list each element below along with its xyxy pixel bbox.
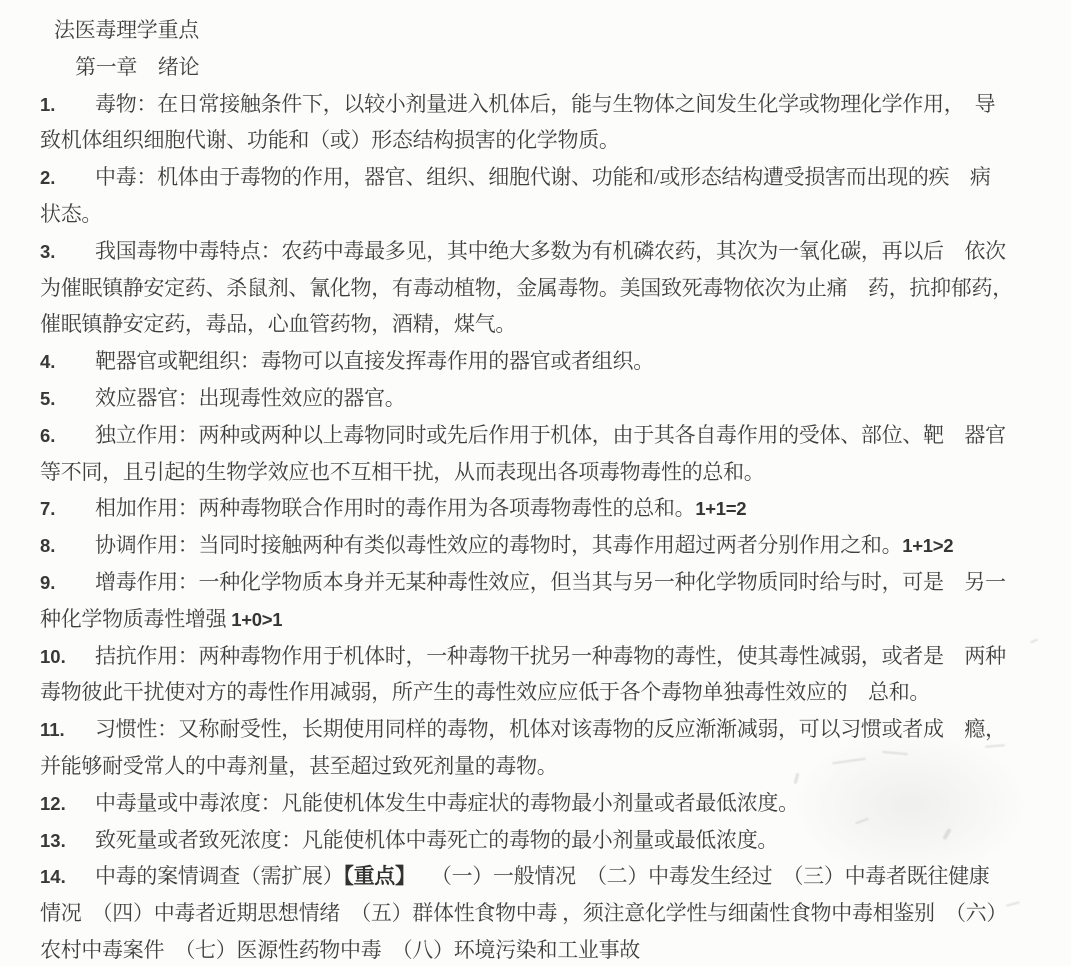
item-number: 11. bbox=[40, 712, 95, 749]
item-text: 并能够耐受常人的中毒剂量，甚至超过致死剂量的毒物。 bbox=[40, 754, 558, 778]
formula-text: 1+1=2 bbox=[695, 498, 746, 519]
item-number: 5. bbox=[40, 381, 95, 418]
item-number: 2. bbox=[40, 160, 95, 197]
item-text: 致死量或者致死浓度：凡能使机体中毒死亡的毒物的最小剂量或最低浓度。 bbox=[95, 828, 778, 852]
item-number: 1. bbox=[40, 87, 95, 124]
list-item-3-line-1: 3.我国毒物中毒特点：农药中毒最多见，其中绝大多数为有机磷农药，其次为一氧化碳，… bbox=[40, 233, 1041, 270]
chapter-heading: 第一章 绪论 bbox=[75, 49, 1041, 86]
document-title: 法医毒理学重点 bbox=[54, 12, 1041, 49]
item-number: 4. bbox=[40, 344, 95, 381]
formula-text: 1+0>1 bbox=[231, 609, 282, 630]
formula-text: 1+1>2 bbox=[902, 535, 953, 556]
item-number: 6. bbox=[40, 418, 95, 455]
item-text: 拮抗作用：两种毒物作用于机体时，一种毒物干扰另一种毒物的毒性，使其毒性减弱，或者… bbox=[95, 644, 1006, 668]
list-item-14-line-3: 农村中毒案件 （七）医源性药物中毒 （八）环境污染和工业事故 bbox=[40, 932, 1041, 966]
list-item-9-line-2: 种化学物质毒性增强 1+0>1 bbox=[40, 601, 1041, 638]
list-item-5: 5.效应器官：出现毒性效应的器官。 bbox=[40, 380, 1041, 417]
list-item-1-line-2: 致机体组织细胞代谢、功能和（或）形态结构损害的化学物质。 bbox=[40, 122, 1041, 159]
list-item-8: 8.协调作用：当同时接触两种有类似毒性效应的毒物时，其毒作用超过两者分别作用之和… bbox=[40, 527, 1041, 564]
list-item-6-line-1: 6.独立作用：两种或两种以上毒物同时或先后作用于机体，由于其各自毒作用的受体、部… bbox=[40, 417, 1041, 454]
item-text: 农村中毒案件 （七）医源性药物中毒 （八）环境污染和工业事故 bbox=[40, 938, 640, 962]
list-item-3-line-3: 催眠镇静安定药，毒品，心血管药物，酒精，煤气。 bbox=[40, 306, 1041, 343]
list-item-3-line-2: 为催眠镇静安定药、杀鼠剂、氰化物，有毒动植物，金属毒物。美国致死毒物依次为止痛 … bbox=[40, 270, 1041, 307]
item-number: 10. bbox=[40, 639, 95, 676]
scan-smudge bbox=[790, 730, 1030, 880]
item-text: 状态。 bbox=[40, 202, 102, 226]
list-item-14-line-2: 情况 （四）中毒者近期思想情绪 （五）群体性食物中毒 ，须注意化学性与细菌性食物… bbox=[40, 895, 1041, 932]
list-item-10-line-2: 毒物彼此干扰使对方的毒性作用减弱，所产生的毒性效应应低于各个毒物单独毒性效应的 … bbox=[40, 674, 1041, 711]
item-text: 中毒量或中毒浓度：凡能使机体发生中毒症状的毒物最小剂量或者最低浓度。 bbox=[95, 791, 799, 815]
item-text: 催眠镇静安定药，毒品，心血管药物，酒精，煤气。 bbox=[40, 312, 516, 336]
item-text: 增毒作用：一种化学物质本身并无某种毒性效应，但当其与另一种化学物质同时给与时，可… bbox=[95, 570, 1006, 594]
item-text: 情况 （四）中毒者近期思想情绪 （五）群体性食物中毒 ，须注意化学性与细菌性食物… bbox=[40, 901, 1007, 925]
item-text: 毒物：在日常接触条件下，以较小剂量进入机体后，能与生物体之间发生化学或物理化学作… bbox=[95, 92, 995, 116]
item-text: 协调作用：当同时接触两种有类似毒性效应的毒物时，其毒作用超过两者分别作用之和。 bbox=[95, 533, 902, 557]
item-text: 毒物彼此干扰使对方的毒性作用减弱，所产生的毒性效应应低于各个毒物单独毒性效应的 … bbox=[40, 680, 930, 704]
item-number: 9. bbox=[40, 565, 95, 602]
item-text: 等不同，且引起的生物学效应也不互相干扰，从而表现出各项毒物毒性的总和。 bbox=[40, 460, 765, 484]
list-item-4: 4.靶器官或靶组织：毒物可以直接发挥毒作用的器官或者组织。 bbox=[40, 343, 1041, 380]
item-text: 种化学物质毒性增强 bbox=[40, 607, 231, 631]
item-number: 13. bbox=[40, 823, 95, 860]
document-page: 法医毒理学重点 第一章 绪论 1.毒物：在日常接触条件下，以较小剂量进入机体后，… bbox=[0, 0, 1071, 966]
item-number: 3. bbox=[40, 234, 95, 271]
list-item-7: 7.相加作用：两种毒物联合作用时的毒作用为各项毒物毒性的总和。1+1=2 bbox=[40, 490, 1041, 527]
item-text: 为催眠镇静安定药、杀鼠剂、氰化物，有毒动植物，金属毒物。美国致死毒物依次为止痛 … bbox=[40, 276, 1013, 300]
item-text: 致机体组织细胞代谢、功能和（或）形态结构损害的化学物质。 bbox=[40, 128, 620, 152]
item-text: 我国毒物中毒特点：农药中毒最多见，其中绝大多数为有机磷农药，其次为一氧化碳，再以… bbox=[95, 239, 1006, 263]
item-number: 8. bbox=[40, 528, 95, 565]
emphasis-text: 【重点】 bbox=[343, 864, 405, 888]
item-text: 相加作用：两种毒物联合作用时的毒作用为各项毒物毒性的总和。 bbox=[95, 496, 695, 520]
item-text: 中毒的案情调查（需扩展） bbox=[95, 864, 343, 888]
list-item-2-line-1: 2.中毒：机体由于毒物的作用，器官、组织、细胞代谢、功能和/或形态结构遭受损害而… bbox=[40, 159, 1041, 196]
item-number: 7. bbox=[40, 491, 95, 528]
list-item-1-line-1: 1.毒物：在日常接触条件下，以较小剂量进入机体后，能与生物体之间发生化学或物理化… bbox=[40, 86, 1041, 123]
item-number: 14. bbox=[40, 859, 95, 896]
list-item-6-line-2: 等不同，且引起的生物学效应也不互相干扰，从而表现出各项毒物毒性的总和。 bbox=[40, 454, 1041, 491]
item-text: 独立作用：两种或两种以上毒物同时或先后作用于机体，由于其各自毒作用的受体、部位、… bbox=[95, 423, 1006, 447]
list-item-9-line-1: 9.增毒作用：一种化学物质本身并无某种毒性效应，但当其与另一种化学物质同时给与时… bbox=[40, 564, 1041, 601]
item-text: 中毒：机体由于毒物的作用，器官、组织、细胞代谢、功能和/或形态结构遭受损害而出现… bbox=[95, 165, 991, 189]
list-item-2-line-2: 状态。 bbox=[40, 196, 1041, 233]
item-number: 12. bbox=[40, 786, 95, 823]
item-text: 效应器官：出现毒性效应的器官。 bbox=[95, 386, 406, 410]
item-text: 靶器官或靶组织：毒物可以直接发挥毒作用的器官或者组织。 bbox=[95, 349, 654, 373]
list-item-10-line-1: 10.拮抗作用：两种毒物作用于机体时，一种毒物干扰另一种毒物的毒性，使其毒性减弱… bbox=[40, 638, 1041, 675]
